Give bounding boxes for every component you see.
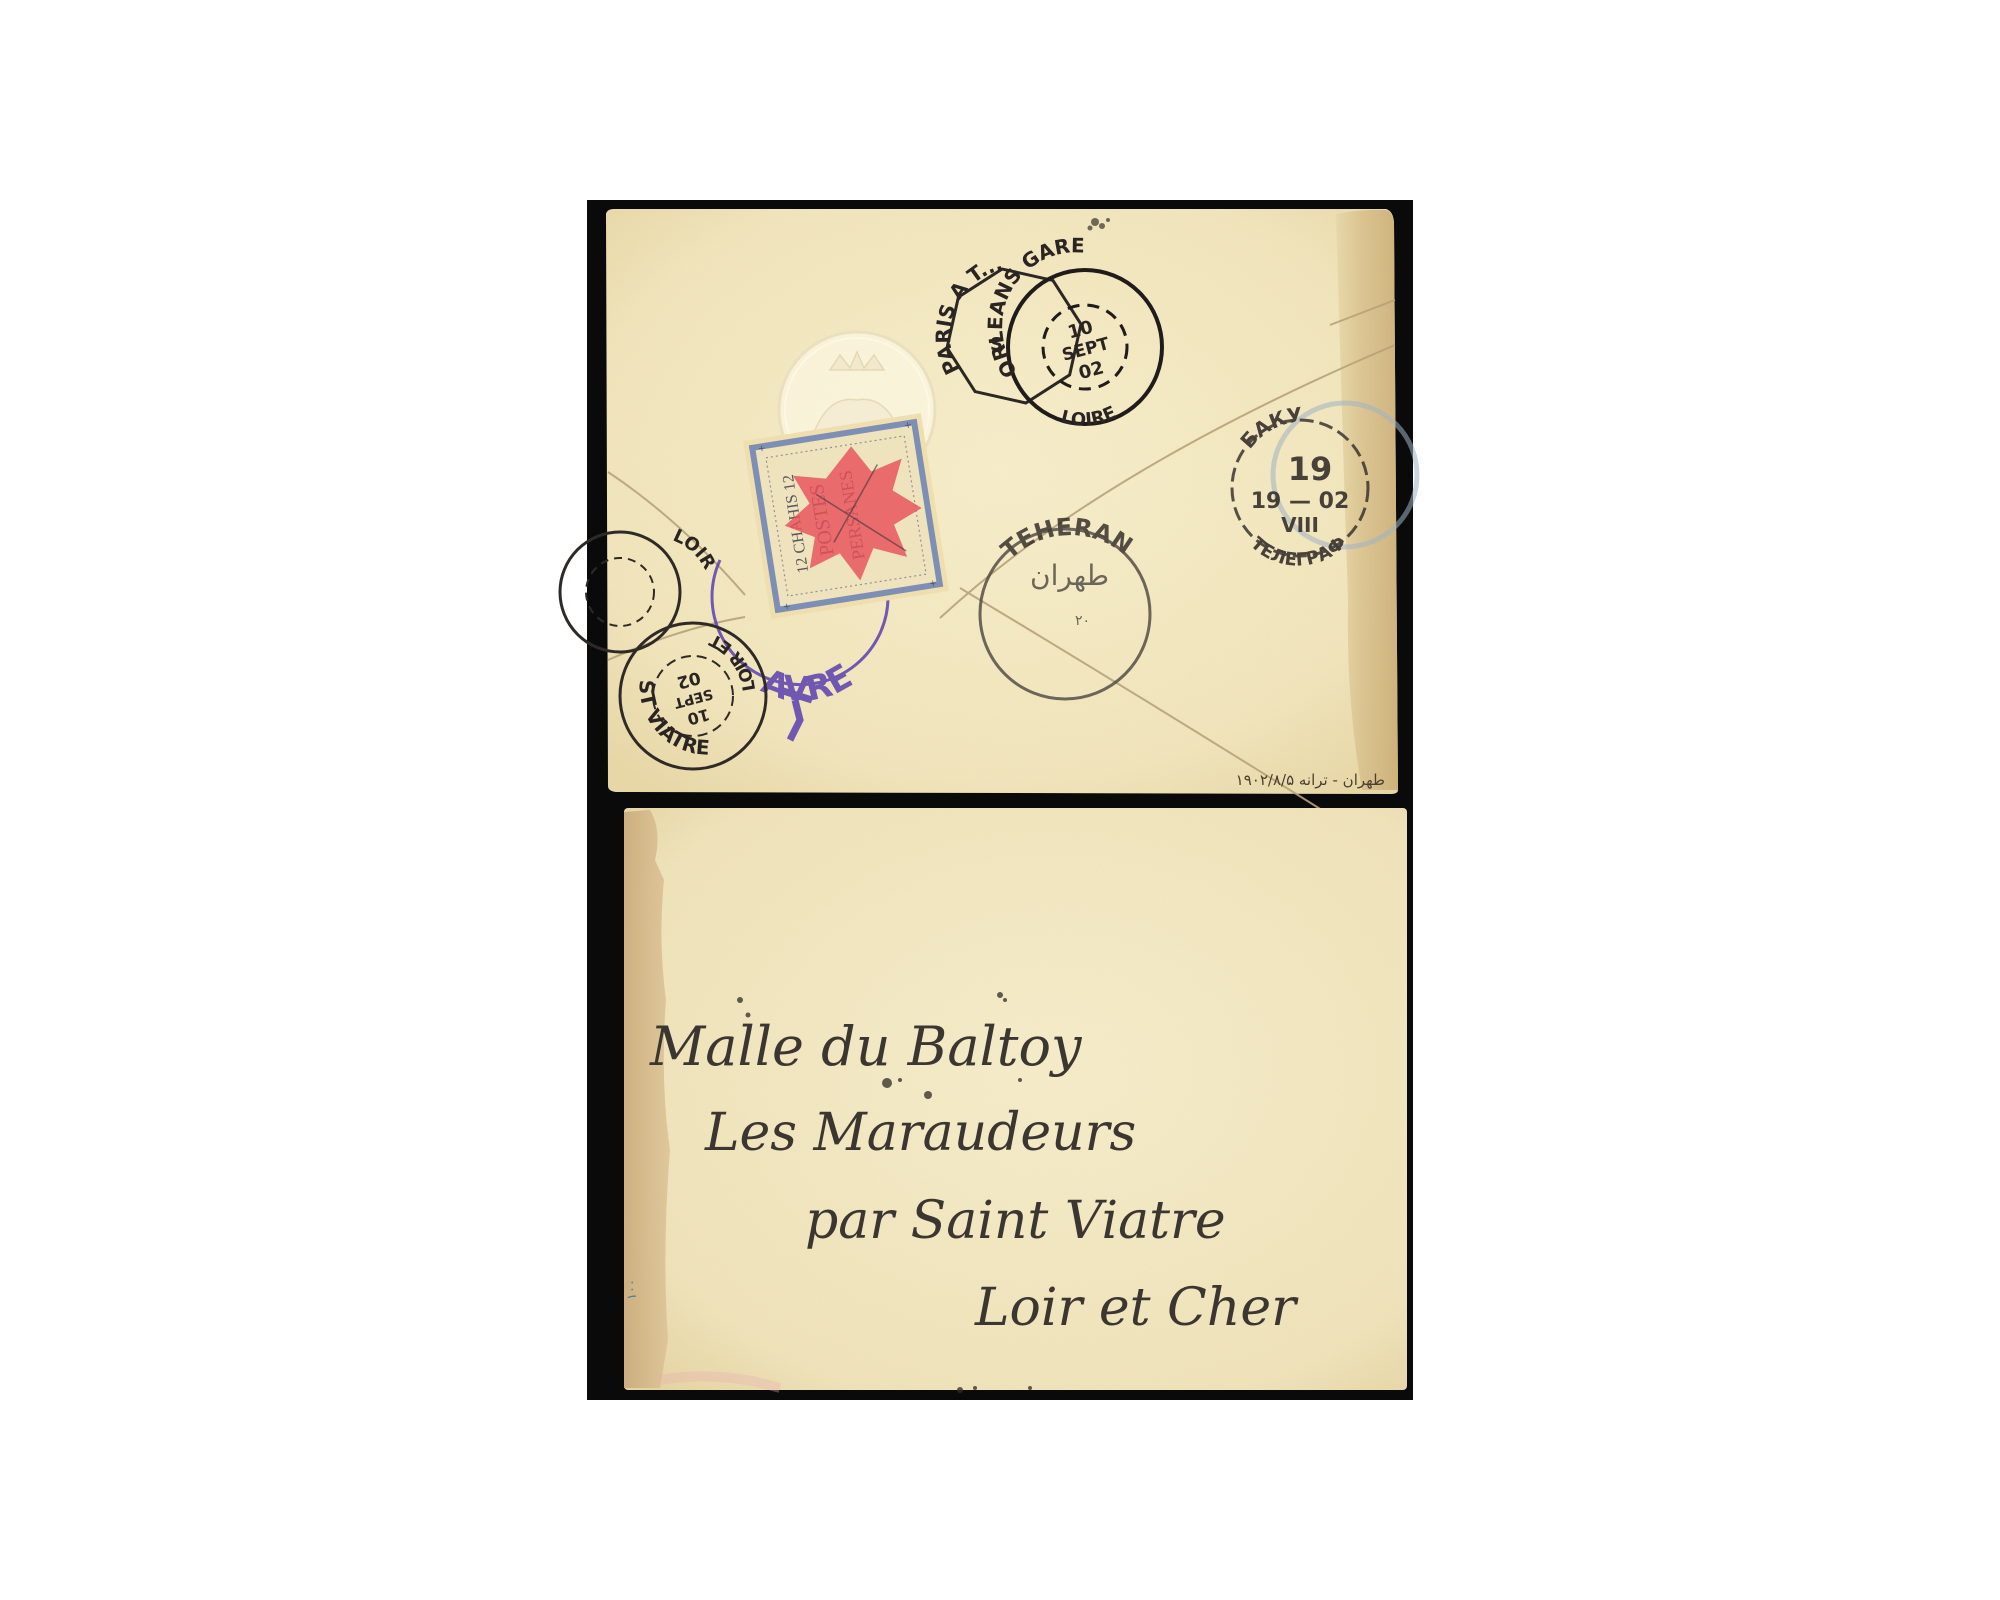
address-line-1: Malle du Baltoy <box>649 1015 1083 1078</box>
svg-text:19: 19 <box>1288 450 1333 488</box>
svg-text:19 — 02: 19 — 02 <box>1251 489 1350 514</box>
front-cover: ۱۰۰ Malle du Baltoy Les Maraudeurs par S… <box>624 808 1407 1393</box>
address-line-4: Loir et Cher <box>974 1278 1299 1338</box>
svg-text:٢٠: ٢٠ <box>1075 613 1090 629</box>
edge-note: ۱۰۰ <box>625 1279 640 1300</box>
svg-text:طهران: طهران <box>1030 559 1109 592</box>
svg-text:VIII: VIII <box>1281 513 1319 537</box>
address-line-2: Les Maraudeurs <box>704 1103 1136 1163</box>
persian-note: ۱۹۰۲/۸/۵ طهران - ترانه <box>1236 771 1385 789</box>
back-cover: БАКУ 19 19 — 02 VIII ТЕЛЕГРАФ PARIS A T.… <box>560 209 1417 858</box>
stamp-12-chahis: + + + + 12 CHAHIS 12 POSTES PERSANES <box>743 413 949 619</box>
address-line-3: par Saint Viatre <box>805 1191 1226 1251</box>
cover-scene: БАКУ 19 19 — 02 VIII ТЕЛЕГРАФ PARIS A T.… <box>0 0 2000 1600</box>
